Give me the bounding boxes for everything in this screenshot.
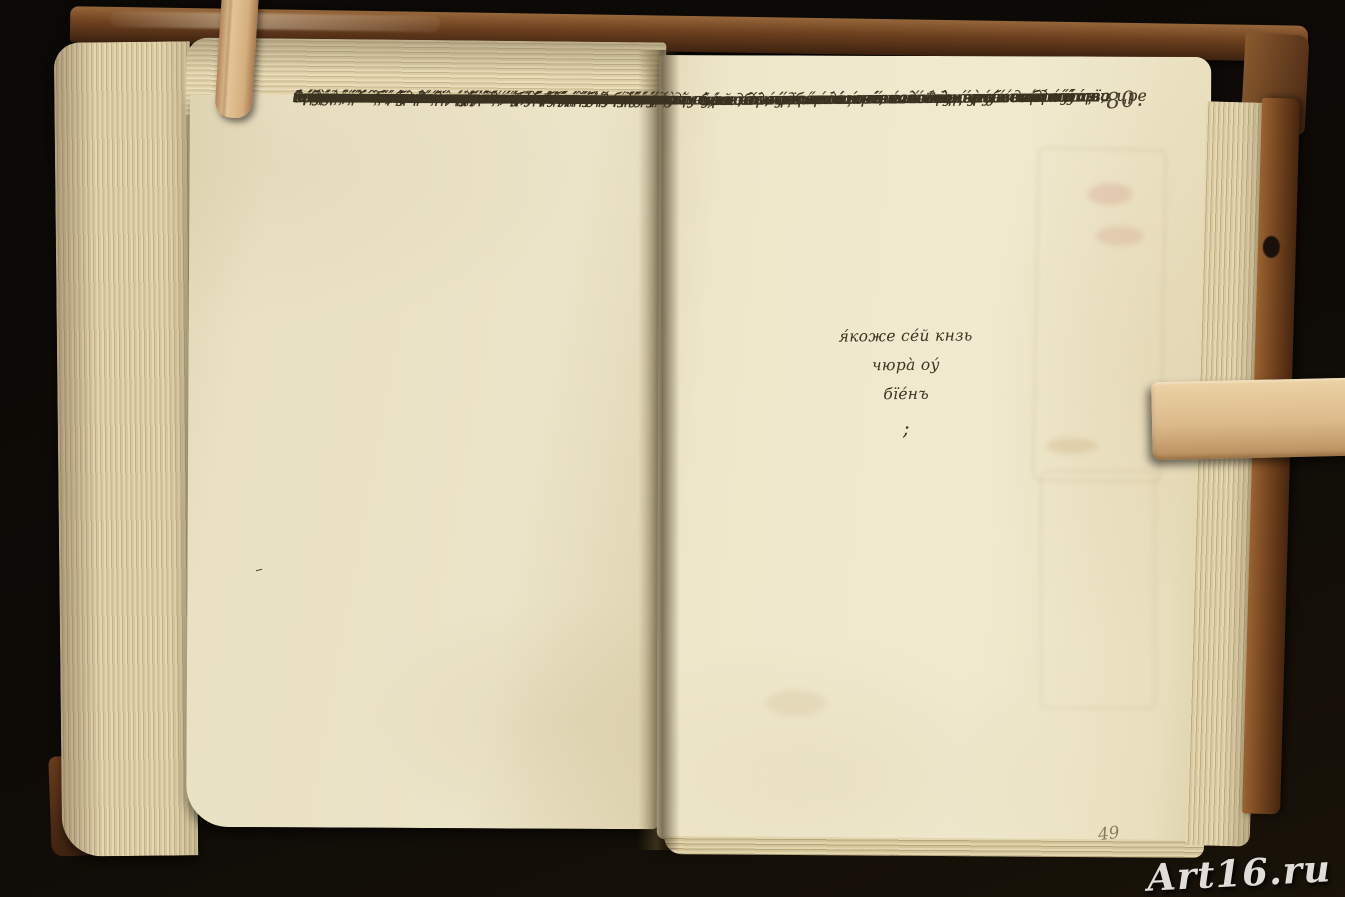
left-page-fore-edge-stack xyxy=(54,41,199,856)
site-watermark: Art16.ru xyxy=(1146,846,1332,897)
end-ornament-mark: ; xyxy=(756,408,1056,445)
folio-number-pencil: 49 xyxy=(1097,823,1121,845)
manuscript-line: дроу́га свое́го вѣ́рнаго кнзя чюры̀ нары… xyxy=(293,85,636,113)
leather-wormhole xyxy=(1263,236,1281,258)
bleed-through-frame xyxy=(1040,470,1156,709)
left-page xyxy=(186,95,662,829)
page-stain xyxy=(1088,183,1132,205)
page-stain xyxy=(766,690,826,716)
page-stain xyxy=(1096,226,1144,246)
photo-scene: и совсѣ́мъ имѣ́нїе свои́мъ , не ме́дливъ… xyxy=(0,0,1345,897)
wood-grain-line xyxy=(222,0,233,117)
chapter-end-taper: я́коже се́й кнзь чюра̀ оу́ бїе́нъ ; xyxy=(755,321,1056,445)
page-holder-stick-right xyxy=(1151,378,1345,461)
right-page-bottom-edge-stack xyxy=(664,836,1204,858)
folio-number-ink: 80. xyxy=(1105,86,1145,114)
leather-worn-sheen xyxy=(110,11,440,32)
book-gutter-shadow xyxy=(638,50,682,850)
page-holder-stick-top xyxy=(214,0,259,119)
colophon-line: чюра̀ оу́ xyxy=(756,350,1056,382)
manuscript-line: ю̀ за дроу́га свое́го и́ ли за дро́уга . xyxy=(700,85,1006,114)
colophon-line: бїе́нъ xyxy=(756,379,1056,411)
colophon-line: я́коже се́й кнзь xyxy=(755,321,1055,353)
